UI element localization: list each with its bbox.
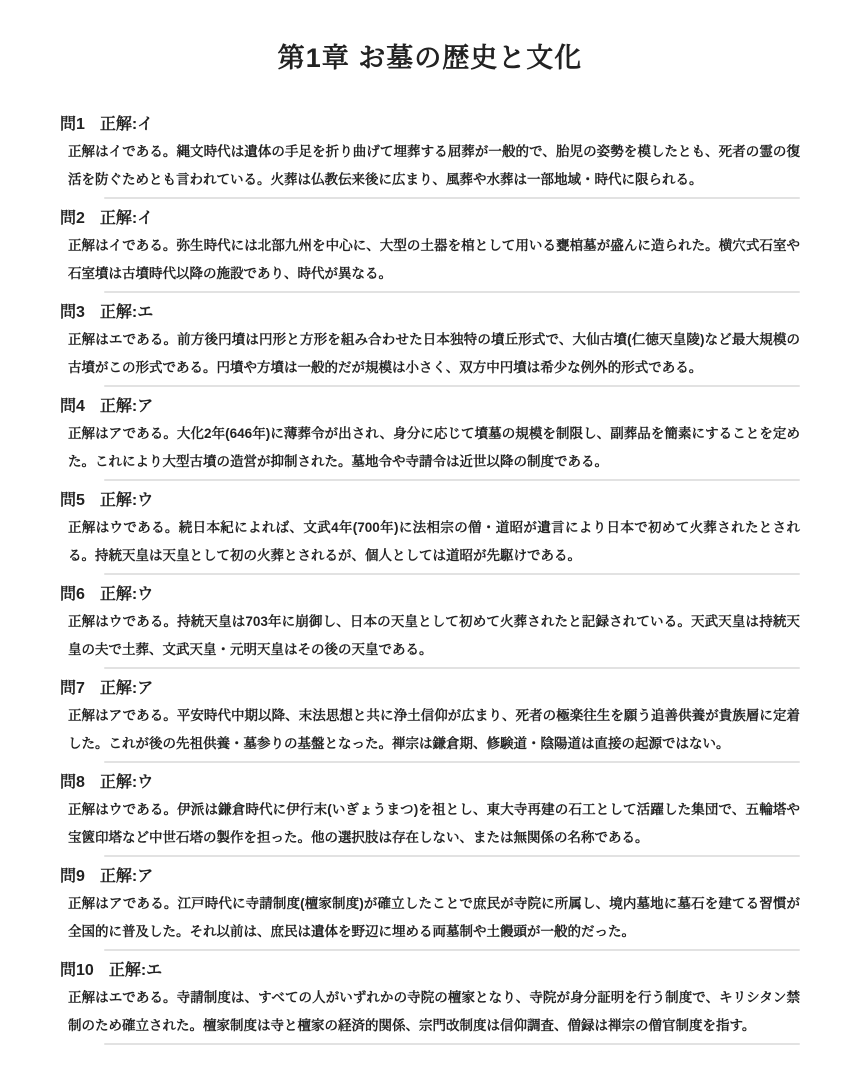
answer-section-1: 問1正解:イ 正解はイである。縄文時代は遺体の手足を折り曲げて埋葬する屈葬が一般… [60,114,800,199]
question-heading: 問2正解:イ [60,208,800,229]
result-label: 正解: [109,962,146,979]
answer-section-3: 問3正解:エ 正解はエである。前方後円墳は円形と方形を組み合わせた日本独特の墳丘… [60,302,800,387]
result-label: 正解: [100,116,137,133]
section-divider [104,667,800,669]
result-label: 正解: [100,492,137,509]
answer-section-9: 問9正解:ア 正解はアである。江戸時代に寺請制度(檀家制度)が確立したことで庶民… [60,866,800,951]
explanation-text: 正解はウである。続日本紀によれば、文武4年(700年)に法相宗の僧・道昭が遺言に… [60,514,800,570]
question-number: 問10 [60,962,94,979]
question-number: 問2 [60,210,85,227]
answer-letter: ウ [137,492,153,509]
result-label: 正解: [100,586,137,603]
answer-letter: ア [137,680,153,697]
result-label: 正解: [100,398,137,415]
answer-section-6: 問6正解:ウ 正解はウである。持統天皇は703年に崩御し、日本の天皇として初めて… [60,584,800,669]
question-number: 問9 [60,868,85,885]
result-label: 正解: [100,304,137,321]
question-heading: 問3正解:エ [60,302,800,323]
question-number: 問4 [60,398,85,415]
explanation-text: 正解はエである。前方後円墳は円形と方形を組み合わせた日本独特の墳丘形式で、大仙古… [60,326,800,382]
answer-letter: エ [146,962,162,979]
explanation-text: 正解はウである。伊派は鎌倉時代に伊行末(いぎょうまつ)を祖とし、東大寺再建の石工… [60,796,800,852]
question-number: 問8 [60,774,85,791]
answer-section-4: 問4正解:ア 正解はアである。大化2年(646年)に薄葬令が出され、身分に応じて… [60,396,800,481]
answer-section-7: 問7正解:ア 正解はアである。平安時代中期以降、末法思想と共に浄土信仰が広まり、… [60,678,800,763]
section-divider [104,1043,800,1045]
answer-letter: ア [137,868,153,885]
document-page: 第1章 お墓の歴史と文化 問1正解:イ 正解はイである。縄文時代は遺体の手足を折… [0,0,864,1080]
explanation-text: 正解はイである。弥生時代には北部九州を中心に、大型の土器を棺として用いる甕棺墓が… [60,232,800,288]
question-heading: 問5正解:ウ [60,490,800,511]
answer-letter: ウ [137,586,153,603]
question-number: 問3 [60,304,85,321]
section-divider [104,573,800,575]
question-number: 問7 [60,680,85,697]
answer-letter: イ [137,210,153,227]
result-label: 正解: [100,868,137,885]
explanation-text: 正解はウである。持統天皇は703年に崩御し、日本の天皇として初めて火葬されたと記… [60,608,800,664]
answer-section-10: 問10正解:エ 正解はエである。寺請制度は、すべての人がいずれかの寺院の檀家とな… [60,960,800,1045]
answer-section-2: 問2正解:イ 正解はイである。弥生時代には北部九州を中心に、大型の土器を棺として… [60,208,800,293]
question-heading: 問10正解:エ [60,960,800,981]
explanation-text: 正解はエである。寺請制度は、すべての人がいずれかの寺院の檀家となり、寺院が身分証… [60,984,800,1040]
question-heading: 問4正解:ア [60,396,800,417]
explanation-text: 正解はアである。平安時代中期以降、末法思想と共に浄土信仰が広まり、死者の極楽往生… [60,702,800,758]
question-heading: 問1正解:イ [60,114,800,135]
section-divider [104,197,800,199]
explanation-text: 正解はイである。縄文時代は遺体の手足を折り曲げて埋葬する屈葬が一般的で、胎児の姿… [60,138,800,194]
explanation-text: 正解はアである。大化2年(646年)に薄葬令が出され、身分に応じて墳墓の規模を制… [60,420,800,476]
answer-letter: ウ [137,774,153,791]
section-divider [104,385,800,387]
question-number: 問5 [60,492,85,509]
question-number: 問1 [60,116,85,133]
question-number: 問6 [60,586,85,603]
answer-section-5: 問5正解:ウ 正解はウである。続日本紀によれば、文武4年(700年)に法相宗の僧… [60,490,800,575]
question-heading: 問9正解:ア [60,866,800,887]
section-divider [104,949,800,951]
section-divider [104,855,800,857]
result-label: 正解: [100,210,137,227]
answer-section-8: 問8正解:ウ 正解はウである。伊派は鎌倉時代に伊行末(いぎょうまつ)を祖とし、東… [60,772,800,857]
answer-letter: イ [137,116,153,133]
explanation-text: 正解はアである。江戸時代に寺請制度(檀家制度)が確立したことで庶民が寺院に所属し… [60,890,800,946]
answer-letter: ア [137,398,153,415]
section-divider [104,761,800,763]
section-divider [104,479,800,481]
question-heading: 問8正解:ウ [60,772,800,793]
result-label: 正解: [100,774,137,791]
chapter-title: 第1章 お墓の歴史と文化 [60,42,800,74]
section-divider [104,291,800,293]
result-label: 正解: [100,680,137,697]
question-heading: 問7正解:ア [60,678,800,699]
answer-letter: エ [137,304,153,321]
question-heading: 問6正解:ウ [60,584,800,605]
